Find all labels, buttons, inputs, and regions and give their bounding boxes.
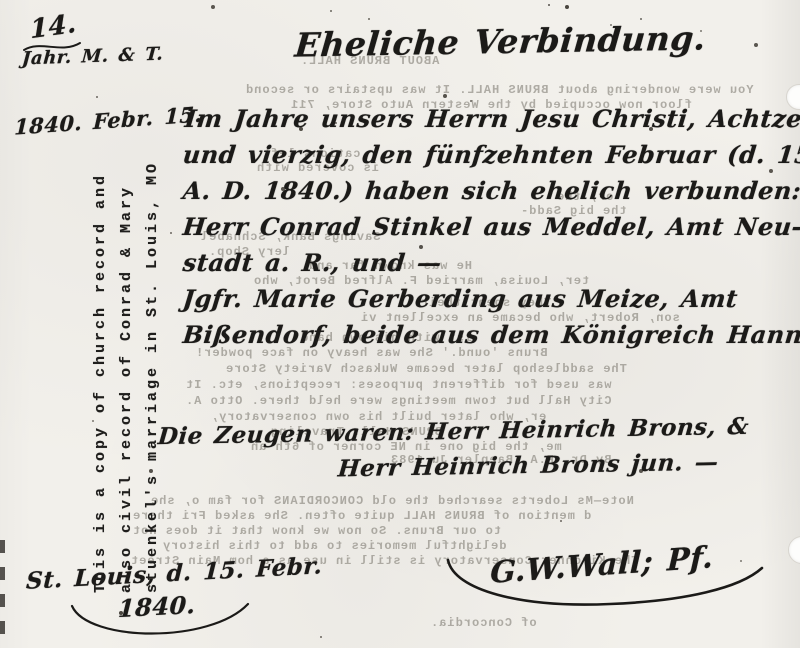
- margin-archivist-note: This is a copy of church record and also…: [88, 143, 166, 593]
- handwritten-line: Jgfr. Marie Gerberding aus Meize, Amt: [181, 284, 739, 313]
- handwritten-line: St. Louis, d. 15. Febr.: [25, 552, 323, 595]
- handwritten-line: Herr Conrad Stinkel aus Meddel, Amt Neu-: [181, 212, 800, 241]
- handwritten-line: und vierzig, den fünfzehnten Februar (d.…: [181, 140, 800, 169]
- scanned-marriage-record-page: ABOUT BRUNS HALL.You were wondering abou…: [0, 0, 800, 648]
- handwritten-line: stadt a. R., und —: [181, 248, 443, 277]
- handwritten-line: Die Zeugen waren: Herr Heinrich Brons, &: [157, 413, 750, 450]
- page-number-flourish: [22, 38, 84, 56]
- date-flourish: [60, 598, 260, 646]
- margin-note-line: This is a copy of church record and: [88, 143, 114, 593]
- margin-note-line: stuenkel's marriage in St. Louis, MO: [140, 143, 166, 593]
- margin-note-line: also civil record of Conrad & Mary: [114, 143, 140, 593]
- handwritten-line: 1840. Febr. 15.: [14, 101, 203, 139]
- handwritten-line: Im Jahre unsers Herrn Jesu Christi, Acht…: [183, 104, 800, 133]
- handwritten-line: A. D. 1840.) haben sich ehelich verbunde…: [181, 176, 800, 205]
- handwritten-line: Eheliche Verbindung.: [293, 18, 707, 64]
- handwritten-line: Herr Heinrich Brons jun. —: [337, 449, 720, 483]
- signature-flourish: [440, 540, 770, 618]
- handwritten-line: Bißendorf, beide aus dem Königreich Hann…: [181, 320, 800, 349]
